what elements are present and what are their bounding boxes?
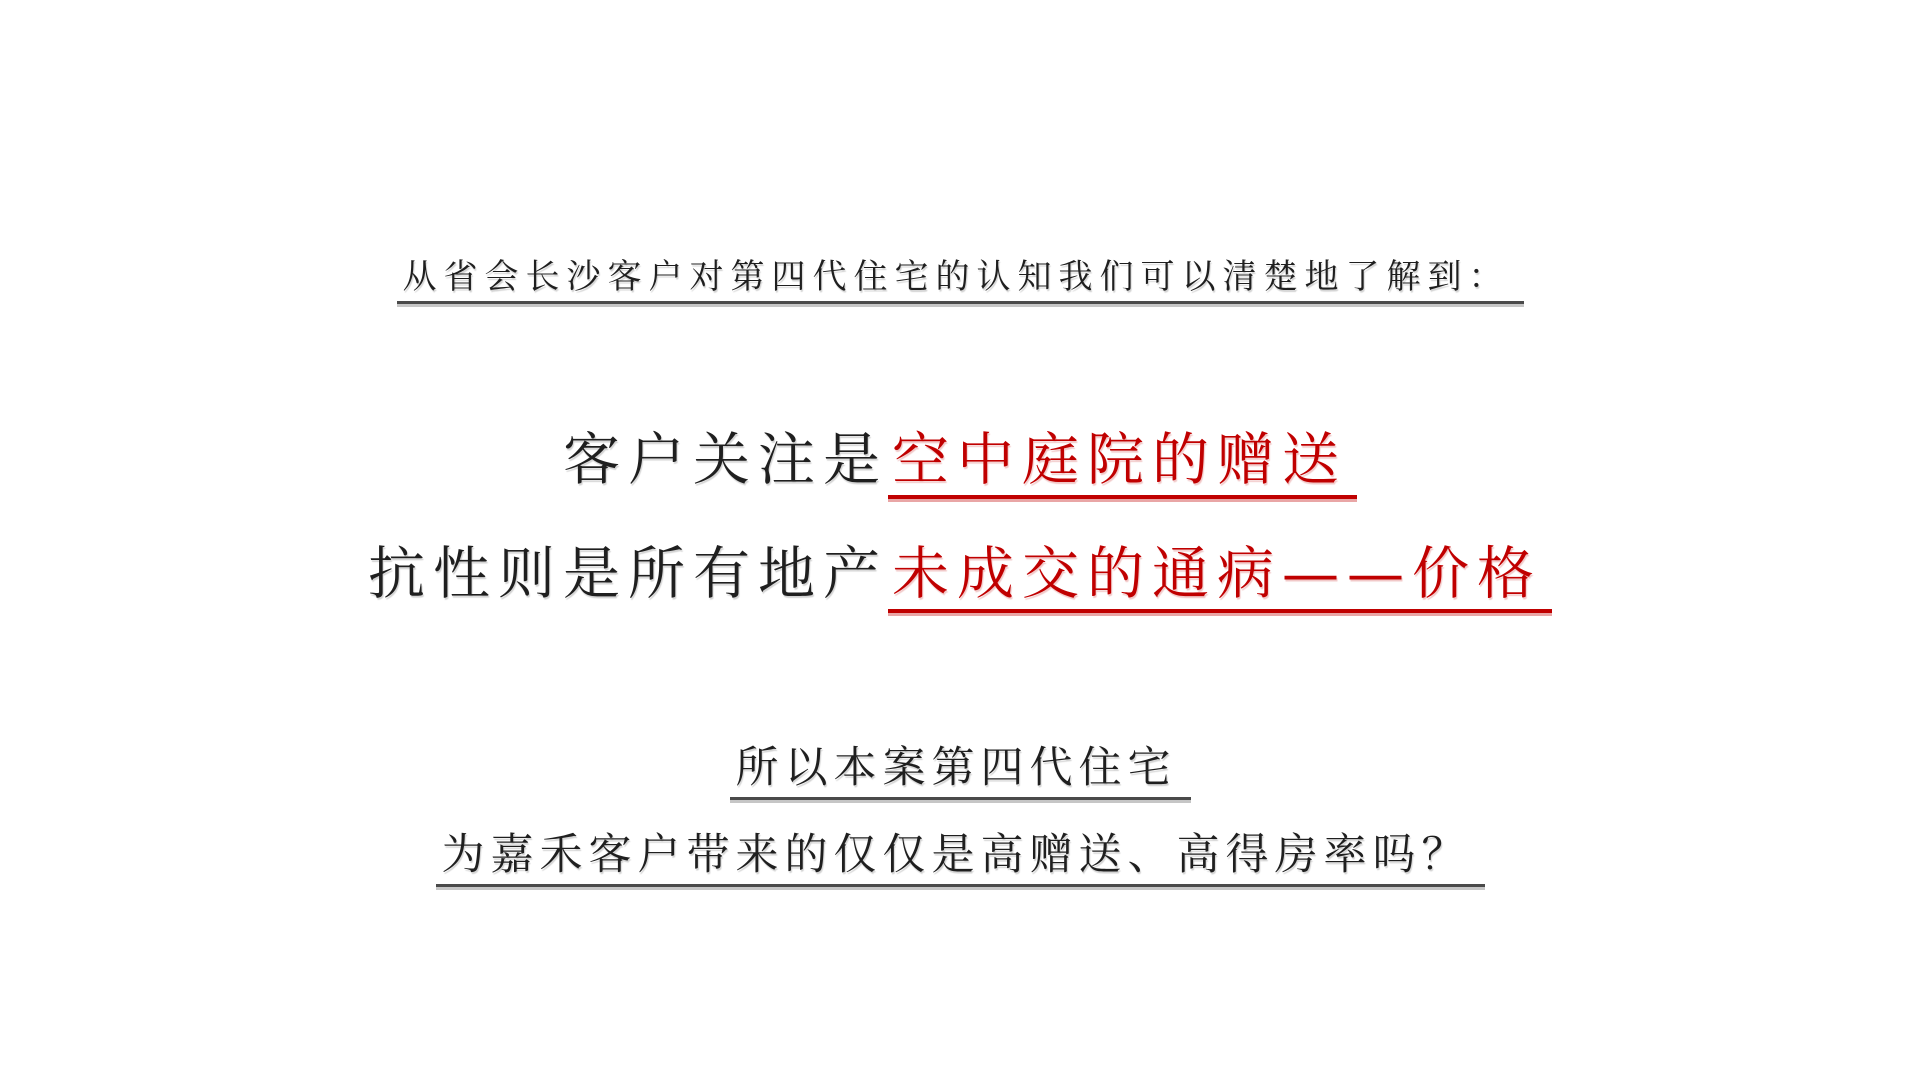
statement-line-2-black-text: 抗性则是所有地产 <box>368 541 888 607</box>
conclusion-line-2: 为嘉禾客户带来的仅仅是高赠送、高得房率吗？ <box>0 834 1920 887</box>
statement-line-1: 客户关注是空中庭院的赠送 <box>0 432 1920 499</box>
conclusion-line-1-text: 所以本案第四代住宅 <box>730 747 1191 800</box>
conclusion-line-1: 所以本案第四代住宅 <box>0 747 1920 800</box>
slide-canvas: 从省会长沙客户对第四代住宅的认知我们可以清楚地了解到： 客户关注是空中庭院的赠送… <box>0 0 1920 1080</box>
conclusion-line-2-text: 为嘉禾客户带来的仅仅是高赠送、高得房率吗？ <box>436 834 1485 887</box>
intro-line: 从省会长沙客户对第四代住宅的认知我们可以清楚地了解到： <box>0 260 1920 304</box>
statement-line-2: 抗性则是所有地产未成交的通病——价格 <box>0 546 1920 613</box>
statement-line-1-black-text: 客户关注是 <box>563 427 888 493</box>
statement-line-1-red-text: 空中庭院的赠送 <box>888 432 1357 499</box>
intro-line-text: 从省会长沙客户对第四代住宅的认知我们可以清楚地了解到： <box>397 260 1524 304</box>
statement-line-2-red-text: 未成交的通病——价格 <box>888 546 1552 613</box>
